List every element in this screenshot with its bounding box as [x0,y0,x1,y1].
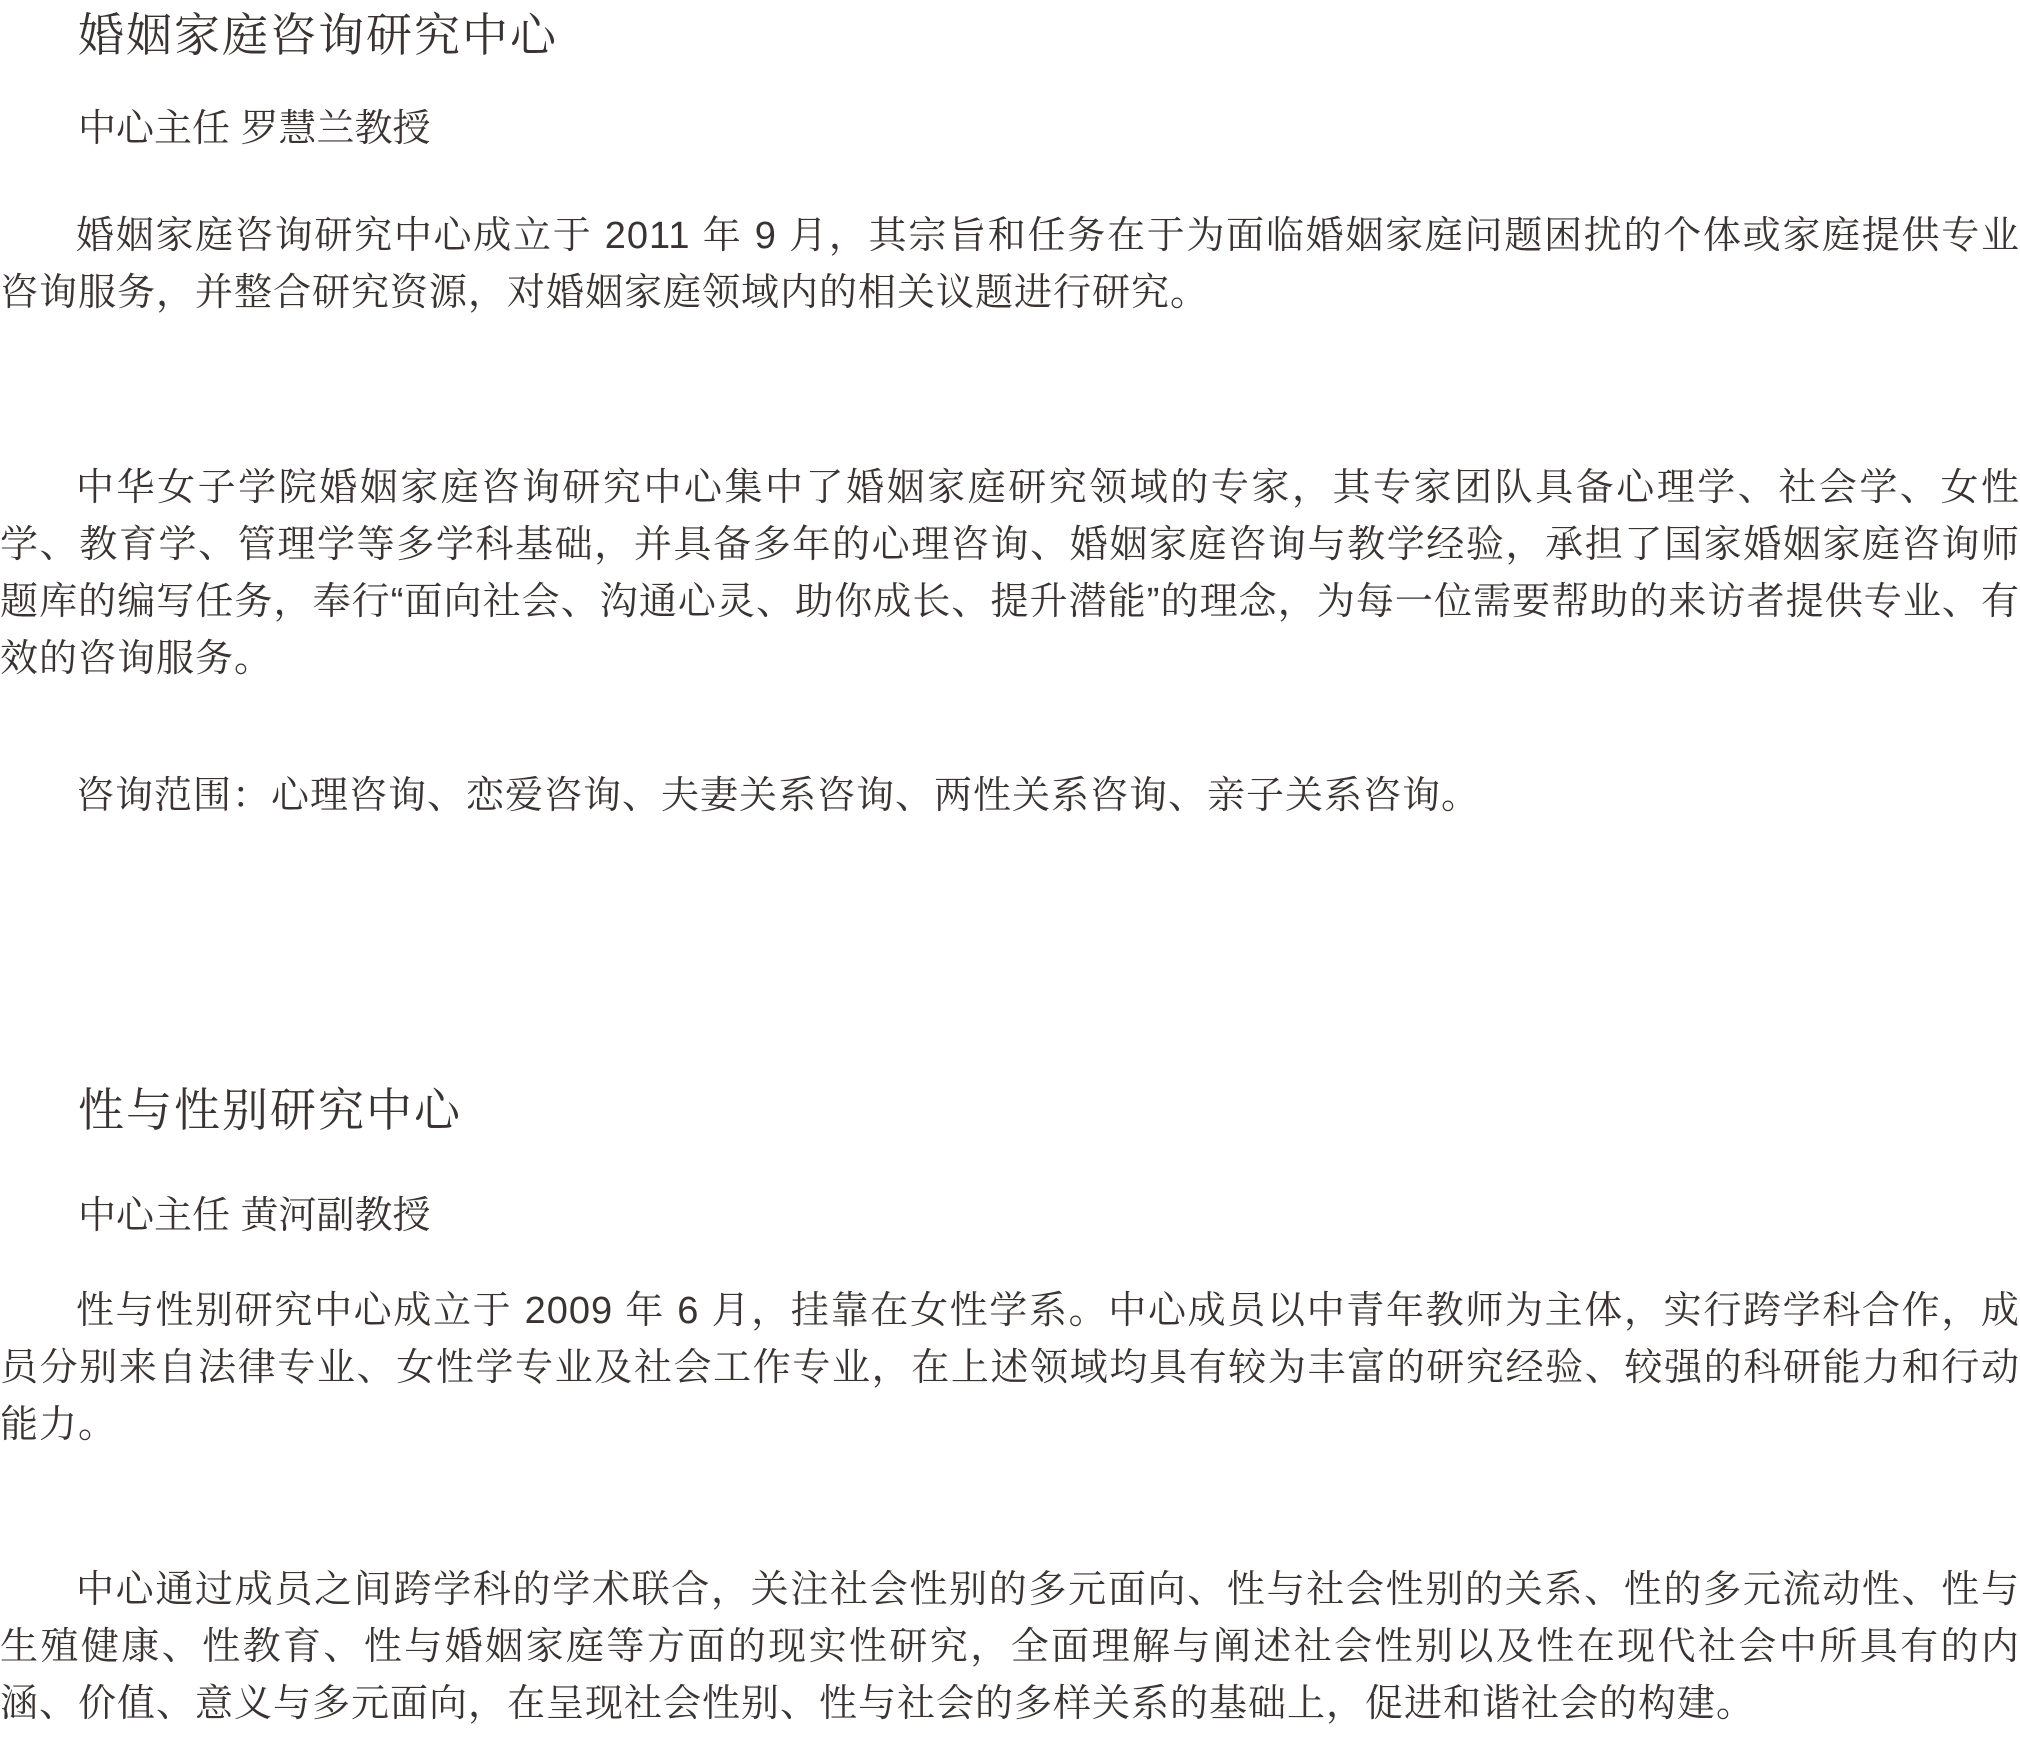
paragraph-experts-marriage-family: 中华女子学院婚姻家庭咨询研究中心集中了婚姻家庭研究领域的专家，其专家团队具备心理… [0,460,2020,688]
paragraph-founding-sex-gender: 性与性别研究中心成立于 2009 年 6 月，挂靠在女性学系。中心成员以中青年教… [0,1283,2020,1454]
section-sex-gender-center: 性与性别研究中心 中心主任 黄河副教授 性与性别研究中心成立于 2009 年 6… [0,1083,2020,1733]
paragraph-founding-marriage-family: 婚姻家庭咨询研究中心成立于 2011 年 9 月，其宗旨和任务在于为面临婚姻家庭… [0,208,2020,322]
document-page: 婚姻家庭咨询研究中心 中心主任 罗慧兰教授 婚姻家庭咨询研究中心成立于 2011… [0,8,2020,1733]
director-line-sex-gender: 中心主任 黄河副教授 [0,1188,2020,1245]
paragraph-consulting-scope: 咨询范围：心理咨询、恋爱咨询、夫妻关系咨询、两性关系咨询、亲子关系咨询。 [0,768,2020,825]
section-marriage-family-center: 婚姻家庭咨询研究中心 中心主任 罗慧兰教授 婚姻家庭咨询研究中心成立于 2011… [0,8,2020,825]
paragraph-research-focus-sex-gender: 中心通过成员之间跨学科的学术联合，关注社会性别的多元面向、性与社会性别的关系、性… [0,1562,2020,1733]
director-line-marriage-family: 中心主任 罗慧兰教授 [0,101,2020,158]
section-title-sex-gender: 性与性别研究中心 [0,1083,2020,1138]
section-title-marriage-family: 婚姻家庭咨询研究中心 [0,8,2020,63]
